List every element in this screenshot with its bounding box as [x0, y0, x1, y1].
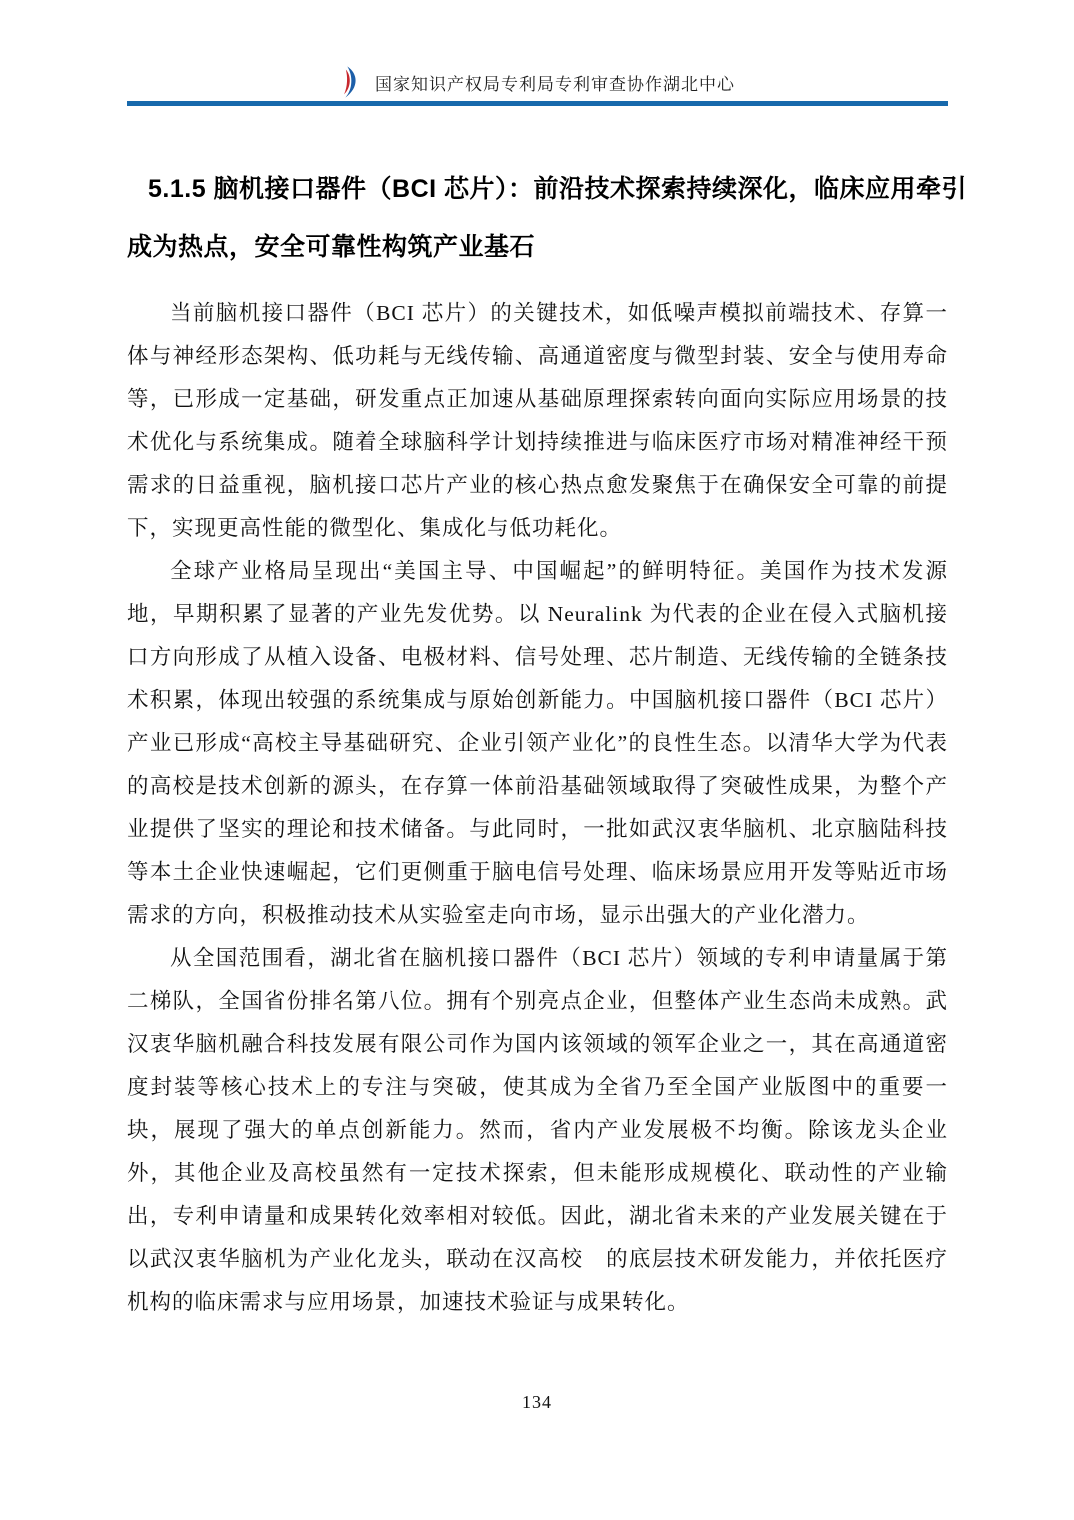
body-text: 当前脑机接口器件（BCI 芯片）的关键技术，如低噪声模拟前端技术、存算一体与神经…: [127, 292, 948, 1324]
paragraph-3: 从全国范围看，湖北省在脑机接口器件（BCI 芯片）领域的专利申请量属于第二梯队，…: [127, 937, 948, 1324]
page-content: 5.1.5 脑机接口器件（BCI 芯片）：前沿技术探索持续深化，临床应用牵引 成…: [127, 160, 948, 1324]
document-page: 国家知识产权局专利局专利审查协作湖北中心 5.1.5 脑机接口器件（BCI 芯片…: [0, 0, 1074, 1520]
section-heading-line1: 5.1.5 脑机接口器件（BCI 芯片）：前沿技术探索持续深化，临床应用牵引: [127, 160, 948, 218]
page-number: 134: [0, 1392, 1074, 1413]
header-divider-rule: [127, 101, 948, 106]
paragraph-1: 当前脑机接口器件（BCI 芯片）的关键技术，如低噪声模拟前端技术、存算一体与神经…: [127, 292, 948, 550]
header-org-name: 国家知识产权局专利局专利审查协作湖北中心: [375, 70, 735, 95]
page-header: 国家知识产权局专利局专利审查协作湖北中心: [0, 62, 1074, 102]
section-heading: 5.1.5 脑机接口器件（BCI 芯片）：前沿技术探索持续深化，临床应用牵引 成…: [127, 160, 948, 276]
cnipa-flame-logo-icon: [339, 65, 361, 99]
section-heading-line2: 成为热点，安全可靠性构筑产业基石: [127, 218, 948, 276]
paragraph-2: 全球产业格局呈现出“美国主导、中国崛起”的鲜明特征。美国作为技术发源地，早期积累…: [127, 550, 948, 937]
